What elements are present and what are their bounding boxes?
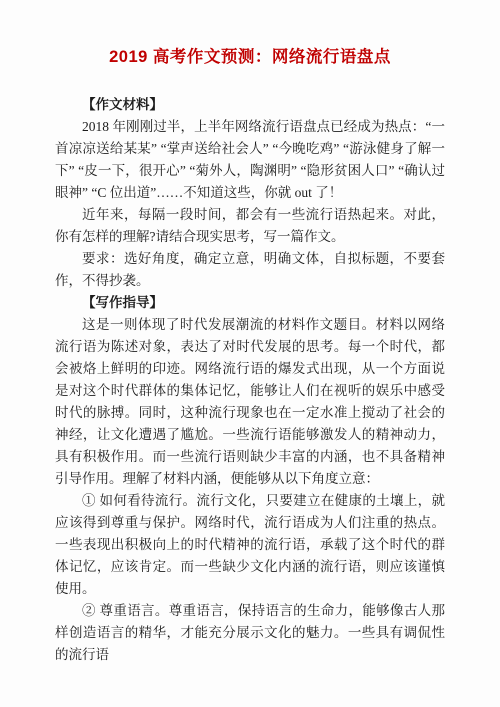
document-title: 2019 高考作文预测：网络流行语盘点: [55, 45, 445, 69]
document-page: 2019 高考作文预测：网络流行语盘点 【作文材料】 2018 年刚刚过半，上半…: [0, 0, 500, 707]
paragraph-material-intro: 2018 年刚刚过半，上半年网络流行语盘点已经成为热点：“一首凉凉送给某某” “…: [55, 116, 445, 204]
paragraph-material-task: 近年来，每隔一段时间，都会有一些流行语热起来。对此，你有怎样的理解?请结合现实思…: [55, 204, 445, 248]
paragraph-guidance-analysis: 这是一则体现了时代发展潮流的材料作文题目。材料以网络流行语为陈述对象，表达了对时…: [55, 314, 445, 490]
section-essay-material: 【作文材料】 2018 年刚刚过半，上半年网络流行语盘点已经成为热点：“一首凉凉…: [55, 94, 445, 292]
section-header-writing-guidance: 【写作指导】: [55, 292, 445, 314]
paragraph-material-requirements: 要求：选好角度，确定立意，明确文体，自拟标题，不要套作，不得抄袭。: [55, 248, 445, 292]
section-header-essay-material: 【作文材料】: [55, 94, 445, 116]
paragraph-guidance-point-1: ① 如何看待流行。流行文化，只要建立在健康的土壤上，就应该得到尊重与保护。网络时…: [55, 490, 445, 600]
paragraph-guidance-point-2: ② 尊重语言。尊重语言，保持语言的生命力，能够像古人那样创造语言的精华，才能充分…: [55, 600, 445, 666]
section-writing-guidance: 【写作指导】 这是一则体现了时代发展潮流的材料作文题目。材料以网络流行语为陈述对…: [55, 292, 445, 666]
